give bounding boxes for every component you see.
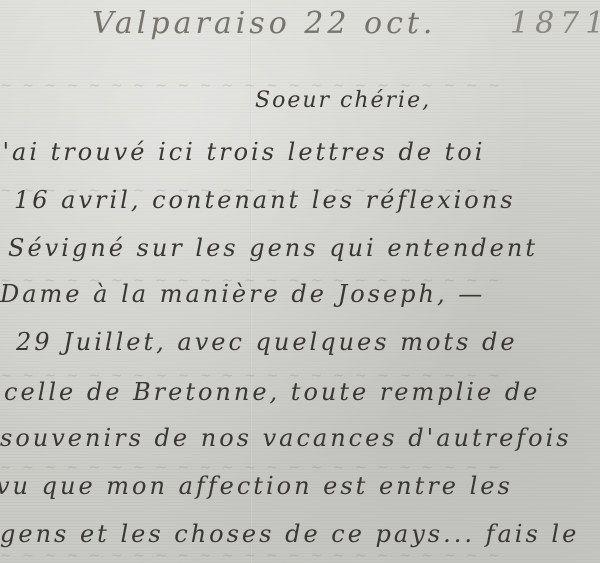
letter-line-3: Sévigné sur les gens qui entendent <box>8 234 538 262</box>
letter-page: ~ ~ ~ ~ ~ ~ ~ ~ ~ ~ ~ ~ ~ ~ ~ ~ ~ ~ ~ ~ … <box>0 0 600 563</box>
letter-line-9: gens et les choses de ce pays... fais le <box>0 520 579 548</box>
letter-line-4: Dame à la manière de Joseph, — <box>0 280 485 308</box>
salutation: Soeur chérie, <box>255 88 431 113</box>
bleed-through: ~ ~ ~ ~ ~ ~ ~ ~ ~ ~ ~ ~ ~ ~ ~ ~ ~ ~ ~ ~ … <box>0 548 600 562</box>
letter-line-2: 16 avril, contenant les réflexions <box>14 186 516 214</box>
letter-line-7: souvenirs de nos vacances d'autrefois <box>0 424 572 452</box>
letter-line-5: 29 Juillet, avec quelques mots de <box>16 328 518 356</box>
letter-line-1: j'ai trouvé ici trois lettres de toi <box>0 138 485 166</box>
place-date: Valparaiso 22 oct. <box>92 6 436 41</box>
year-annotation: 1871 <box>510 6 600 41</box>
letter-line-6: celle de Bretonne, toute remplie de <box>4 378 540 406</box>
letter-line-8: vu que mon affection est entre les <box>0 472 513 500</box>
